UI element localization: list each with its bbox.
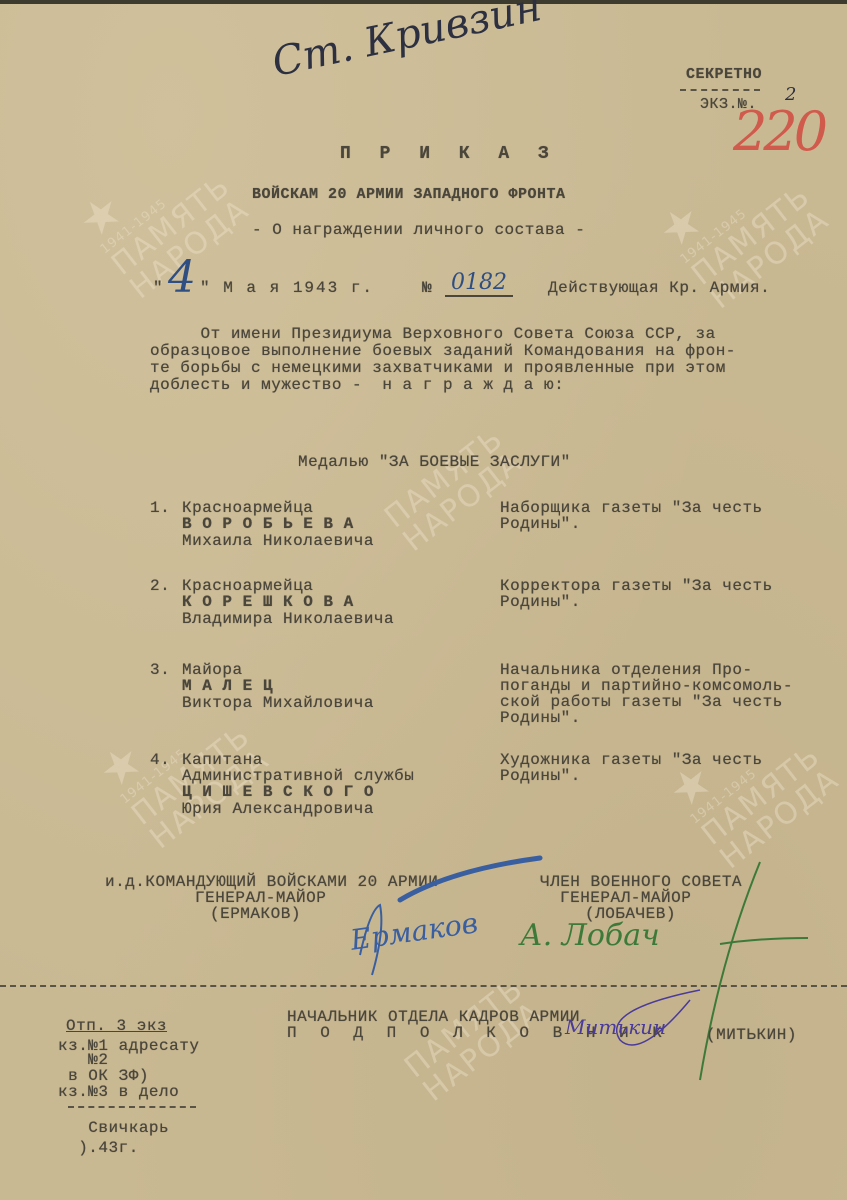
bottom-signature: Митькин [565,1015,666,1039]
distribution-copies: Отп. 3 экз [66,1018,167,1035]
distribution-line: кз.№3 в дело [58,1084,179,1101]
separator-line [0,985,847,987]
distribution-separator [68,1106,196,1108]
right-signature: А. Лобач [520,918,660,953]
bottom-signatory-name: (МИТЬКИН) [706,1027,797,1044]
typed-date: ).43г. [58,1140,139,1157]
typist: Свичкарь [58,1120,169,1137]
